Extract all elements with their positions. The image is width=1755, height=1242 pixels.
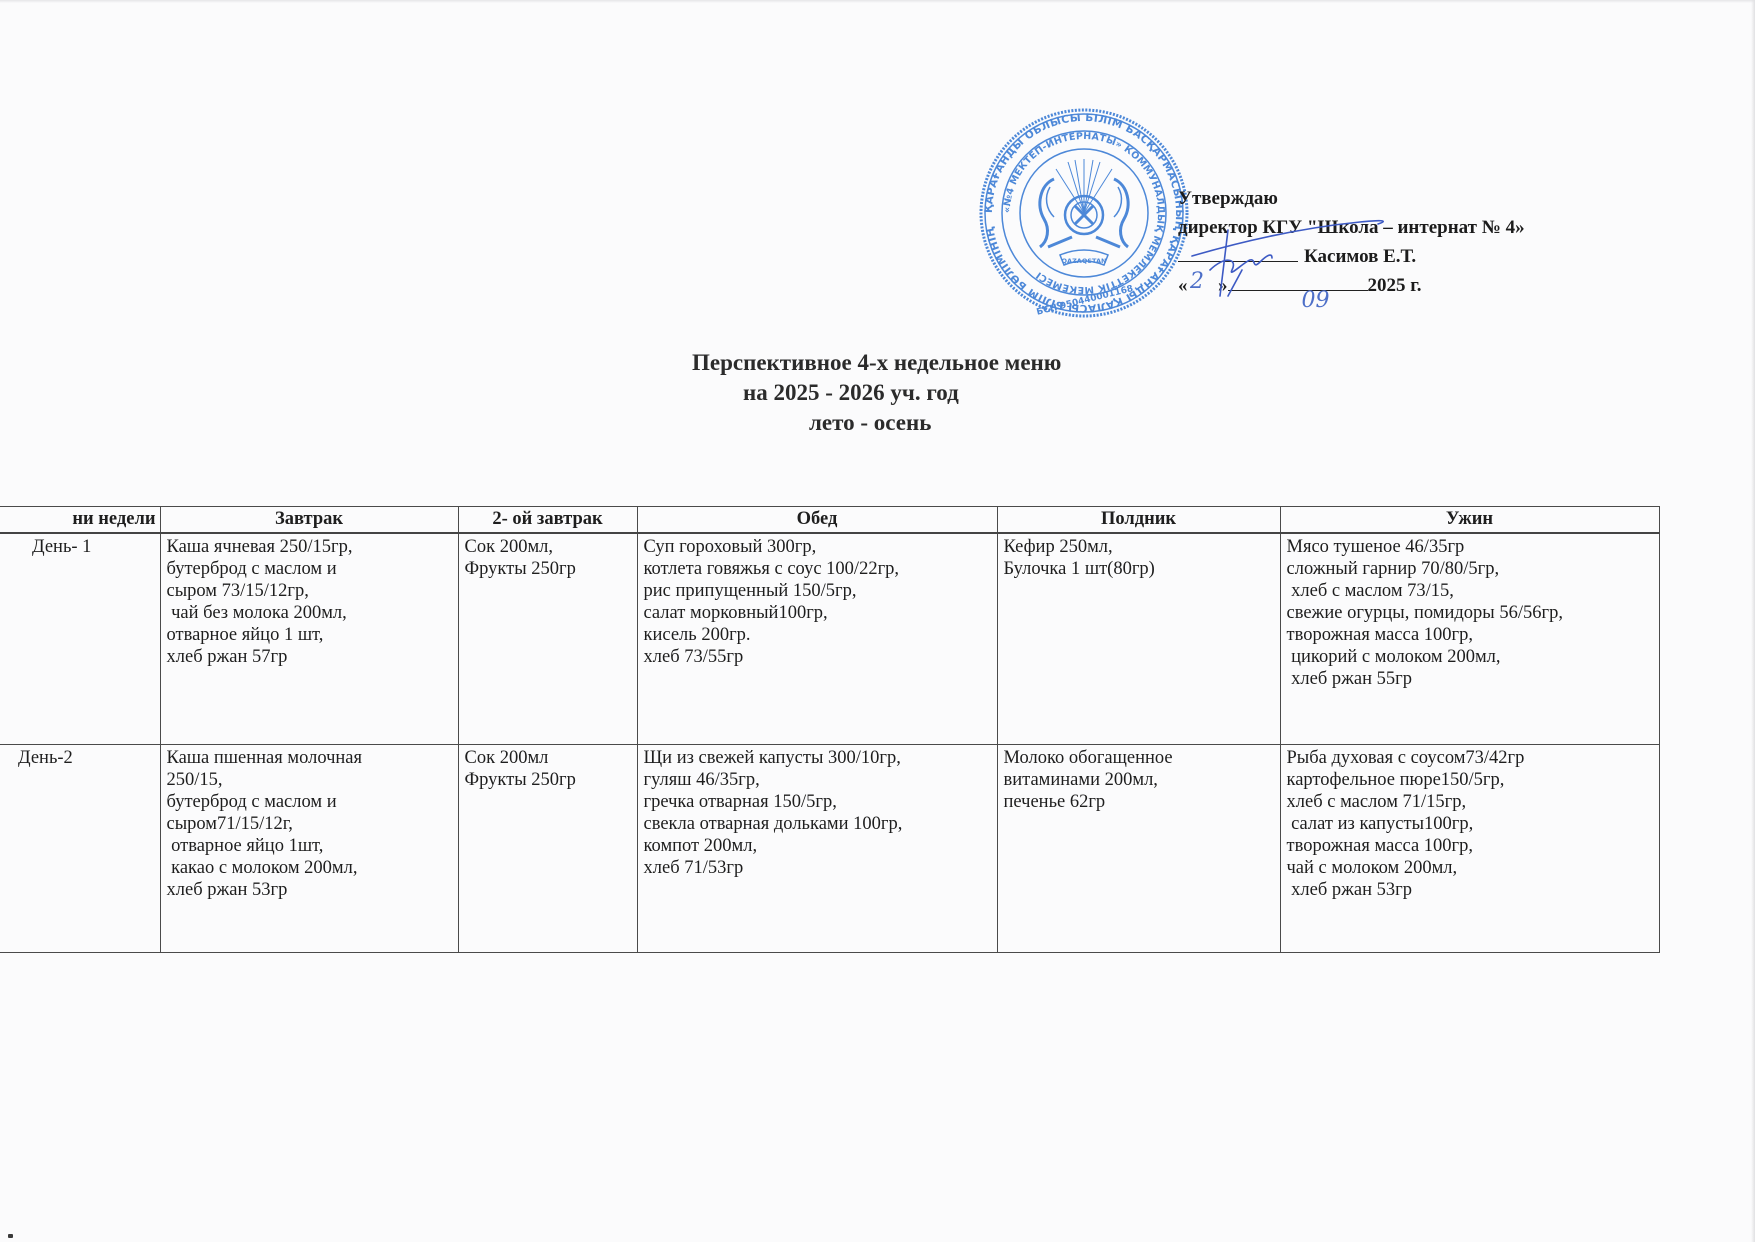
menu-item-line: Сок 200мл, <box>465 536 631 558</box>
menu-item-line: салат из капусты100гр, <box>1287 813 1653 835</box>
snack-cell: Кефир 250мл,Булочка 1 шт(80гр) <box>997 533 1280 745</box>
menu-item-line: какао с молоком 200мл, <box>167 857 452 879</box>
approval-date: «2»092025 г. <box>1178 271 1525 300</box>
menu-item-line: цикорий с молоком 200мл, <box>1287 646 1653 668</box>
table-row: День- 1 Каша ячневая 250/15гр,бутерброд … <box>0 533 1659 745</box>
svg-text:QAZAQSTAN: QAZAQSTAN <box>1062 257 1107 265</box>
header-dinner: Ужин <box>1280 507 1659 534</box>
date-day: «2 <box>1178 271 1218 300</box>
director-name: Касимов Е.Т. <box>1304 246 1416 267</box>
menu-item-line: компот 200мл, <box>644 835 991 857</box>
second-breakfast-cell: Сок 200мл,Фрукты 250гр <box>458 533 637 745</box>
second-breakfast-cell: Сок 200млФрукты 250гр <box>458 745 637 953</box>
menu-item-line: сыром 73/15/12гр, <box>167 580 452 602</box>
menu-item-line: хлеб с маслом 71/15гр, <box>1287 791 1653 813</box>
table-header-row: ни недели Завтрак 2- ой завтрак Обед Пол… <box>0 507 1659 534</box>
menu-item-line: свекла отварная дольками 100гр, <box>644 813 991 835</box>
menu-item-line: хлеб ржан 57гр <box>167 646 452 668</box>
menu-item-line: хлеб 73/55гр <box>644 646 991 668</box>
signature-blank <box>1178 261 1298 262</box>
approval-block: Утверждаю директор КГУ "Школа – интернат… <box>1178 184 1525 300</box>
menu-item-line: сыром71/15/12г, <box>167 813 452 835</box>
header-snack: Полдник <box>997 507 1280 534</box>
menu-item-line: рис припущенный 150/5гр, <box>644 580 991 602</box>
lunch-cell: Суп гороховый 300гр,котлета говяжья с со… <box>637 533 997 745</box>
date-year: 2025 г. <box>1368 275 1422 296</box>
header-second-breakfast: 2- ой завтрак <box>458 507 637 534</box>
menu-item-line: Щи из свежей капусты 300/10гр, <box>644 747 991 769</box>
menu-item-line: Кефир 250мл, <box>1004 536 1274 558</box>
menu-item-line: Каша пшенная молочная <box>167 747 452 769</box>
date-day-handwritten: 2 <box>1190 267 1204 296</box>
title-line-3: лето - осень <box>809 408 931 437</box>
title-line-2: на 2025 - 2026 уч. год <box>743 378 959 407</box>
day-cell: День-2 <box>0 745 160 953</box>
menu-item-line: кисель 200гр. <box>644 624 991 646</box>
menu-item-line: чай без молока 200мл, <box>167 602 452 624</box>
breakfast-cell: Каша пшенная молочная250/15,бутерброд с … <box>160 745 458 953</box>
menu-item-line: картофельное пюре150/5гр, <box>1287 769 1653 791</box>
menu-item-line: гуляш 46/35гр, <box>644 769 991 791</box>
menu-item-line: отварное яйцо 1 шт, <box>167 624 452 646</box>
header-weekday: ни недели <box>0 507 160 534</box>
menu-item-line: отварное яйцо 1шт, <box>167 835 452 857</box>
menu-item-line: гречка отварная 150/5гр, <box>644 791 991 813</box>
menu-item-line: печенье 62гр <box>1004 791 1274 813</box>
table-row: День-2 Каша пшенная молочная250/15,бутер… <box>0 745 1659 953</box>
day-cell: День- 1 <box>0 533 160 745</box>
header-breakfast: Завтрак <box>160 507 458 534</box>
menu-item-line: салат морковный100гр, <box>644 602 991 624</box>
menu-item-line: хлеб ржан 53гр <box>1287 879 1653 901</box>
date-month-blank: 09 <box>1228 290 1368 291</box>
menu-table: ни недели Завтрак 2- ой завтрак Обед Пол… <box>0 506 1660 953</box>
menu-item-line: хлеб ржан 55гр <box>1287 668 1653 690</box>
menu-item-line: хлеб 71/53гр <box>644 857 991 879</box>
header-lunch: Обед <box>637 507 997 534</box>
menu-item-line: Мясо тушеное 46/35гр <box>1287 536 1653 558</box>
menu-item-line: бутерброд с маслом и <box>167 791 452 813</box>
menu-item-line: витаминами 200мл, <box>1004 769 1274 791</box>
menu-item-line: Суп гороховый 300гр, <box>644 536 991 558</box>
menu-item-line: Булочка 1 шт(80гр) <box>1004 558 1274 580</box>
menu-item-line: чай с молоком 200мл, <box>1287 857 1653 879</box>
scan-edge <box>1751 0 1755 1242</box>
dinner-cell: Рыба духовая с соусом73/42гркартофельное… <box>1280 745 1659 953</box>
snack-cell: Молоко обогащенноевитаминами 200мл,печен… <box>997 745 1280 953</box>
menu-item-line: свежие огурцы, помидоры 56/56гр, <box>1287 602 1653 624</box>
menu-item-line: Фрукты 250гр <box>465 769 631 791</box>
director-position: директор КГУ "Школа – интернат № 4» <box>1178 213 1525 242</box>
scan-mark <box>8 1234 13 1238</box>
menu-item-line: творожная масса 100гр, <box>1287 835 1653 857</box>
menu-item-line: хлеб с маслом 73/15, <box>1287 580 1653 602</box>
scan-edge <box>0 0 1755 3</box>
menu-item-line: Рыба духовая с соусом73/42гр <box>1287 747 1653 769</box>
breakfast-cell: Каша ячневая 250/15гр,бутерброд с маслом… <box>160 533 458 745</box>
signature-line: Касимов Е.Т. <box>1178 242 1525 271</box>
menu-item-line: хлеб ржан 53гр <box>167 879 452 901</box>
dinner-cell: Мясо тушеное 46/35грсложный гарнир 70/80… <box>1280 533 1659 745</box>
menu-item-line: творожная масса 100гр, <box>1287 624 1653 646</box>
menu-item-line: Каша ячневая 250/15гр, <box>167 536 452 558</box>
menu-item-line: котлета говяжья с соус 100/22гр, <box>644 558 991 580</box>
menu-item-line: Сок 200мл <box>465 747 631 769</box>
menu-item-line: 250/15, <box>167 769 452 791</box>
official-stamp-icon: ҚАРАҒАНДЫ ОБЛЫСЫ БІЛІМ БАСҚАРМАСЫНЫҢ ҚАР… <box>978 107 1190 319</box>
menu-item-line: бутерброд с маслом и <box>167 558 452 580</box>
menu-item-line: Фрукты 250гр <box>465 558 631 580</box>
menu-item-line: Молоко обогащенное <box>1004 747 1274 769</box>
lunch-cell: Щи из свежей капусты 300/10гр,гуляш 46/3… <box>637 745 997 953</box>
title-line-1: Перспективное 4-х недельное меню <box>692 348 1061 377</box>
menu-item-line: сложный гарнир 70/80/5гр, <box>1287 558 1653 580</box>
date-month-handwritten: 09 <box>1302 286 1330 315</box>
approve-label: Утверждаю <box>1178 184 1525 213</box>
